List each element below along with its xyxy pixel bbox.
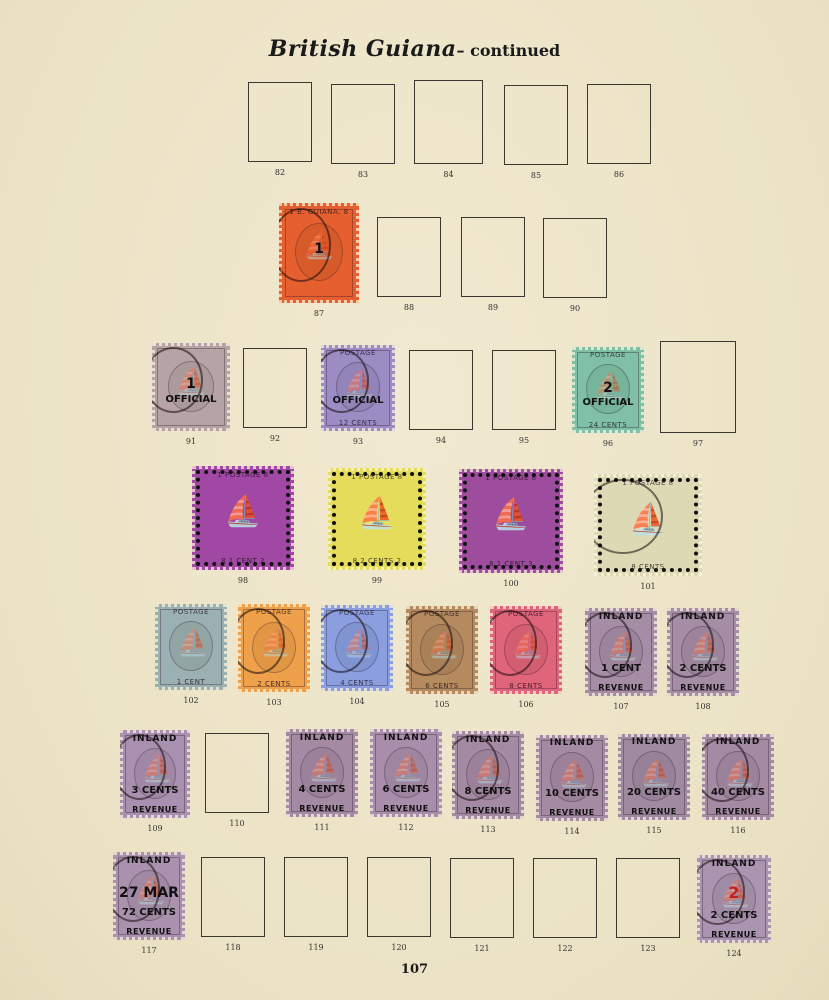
denomination: 8 2 CENTS 2 [328, 557, 426, 565]
country-title: British Guiana [269, 36, 457, 62]
stamp-slot-empty[interactable]: 92 [243, 348, 307, 446]
stamp-slot-empty[interactable]: 121 [450, 858, 514, 956]
catalog-number: 88 [377, 303, 441, 312]
value-overprint: 20 CENTS [618, 787, 690, 798]
stamp[interactable]: ⛵INLAND20 CENTSREVENUE [618, 734, 690, 820]
stamp[interactable]: ⛵INLAND22 CENTSREVENUE [697, 855, 771, 943]
stamp[interactable]: ⛵INLAND10 CENTSREVENUE [536, 735, 608, 821]
stamp-top-text: INLAND [370, 733, 442, 743]
empty-stamp-box [461, 217, 525, 297]
stamp-slot-empty[interactable]: 82 [248, 82, 312, 180]
empty-stamp-box [587, 84, 651, 164]
stamp-slot-empty[interactable]: 120 [367, 857, 431, 955]
revenue-overprint: REVENUE [618, 807, 690, 816]
revenue-overprint: REVENUE [667, 683, 739, 692]
stamp-slot-empty[interactable]: 86 [587, 84, 651, 182]
stamp[interactable]: ⛵POSTAGE2 CENTS [238, 604, 310, 692]
catalog-number: 101 [594, 582, 702, 591]
stamp-slot-filled[interactable]: ⛵INLAND22 CENTSREVENUE124 [697, 855, 771, 961]
value-overprint: 10 CENTS [536, 788, 608, 799]
denomination: 4 CENTS [321, 679, 393, 687]
catalog-number: 97 [660, 439, 736, 448]
stamp-slot-filled[interactable]: ⛵INLAND10 CENTSREVENUE114 [536, 735, 608, 839]
stamp-slot-empty[interactable]: 84 [414, 80, 483, 182]
stamp-top-text: POSTAGE [155, 608, 227, 616]
stamp[interactable]: ⛵INLAND1 CENTREVENUE [585, 608, 657, 696]
stamp-slot-empty[interactable]: 118 [201, 857, 265, 955]
empty-stamp-box [284, 857, 348, 937]
catalog-number: 108 [667, 702, 739, 711]
catalog-number: 120 [367, 943, 431, 952]
revenue-overprint: REVENUE [370, 804, 442, 813]
catalog-number: 114 [536, 827, 608, 836]
revenue-overprint: REVENUE [120, 805, 190, 814]
stamp-slot-filled[interactable]: ⛵INLAND1 CENTREVENUE107 [585, 608, 657, 714]
ship-icon: ⛵ [490, 500, 532, 540]
revenue-overprint: REVENUE [536, 808, 608, 817]
stamp[interactable]: ⛵INLAND27 MAR72 CENTSREVENUE [113, 852, 185, 940]
stamp[interactable]: ⛵POSTAGE2OFFICIAL24 CENTS [572, 347, 644, 433]
stamp[interactable]: ⛵1 POSTAGE 88 CENTS [594, 474, 702, 576]
catalog-number: 93 [321, 437, 395, 446]
ship-icon: ⛵ [357, 499, 396, 538]
catalog-number: 87 [279, 309, 359, 318]
stamp[interactable]: ⛵INLAND2 CENTSREVENUE [667, 608, 739, 696]
stamp[interactable]: ⛵1 B. GUIANA. 81 [279, 203, 359, 303]
empty-stamp-box [533, 858, 597, 938]
stamp-slot-empty[interactable]: 119 [284, 857, 348, 955]
catalog-number: 84 [414, 170, 483, 179]
catalog-number: 95 [492, 436, 556, 445]
empty-stamp-box [201, 857, 265, 937]
catalog-number: 107 [585, 702, 657, 711]
page-title: British Guiana– continued [0, 36, 829, 62]
empty-stamp-box [660, 341, 736, 433]
stamp-slot-filled[interactable]: ⛵1 POSTAGE 88 1 CENT 298 [192, 466, 294, 588]
catalog-number: 121 [450, 944, 514, 953]
stamp[interactable]: ⛵INLAND6 CENTSREVENUE [370, 729, 442, 817]
revenue-overprint: REVENUE [702, 807, 774, 816]
stamp[interactable]: ⛵POSTAGE4 CENTS [321, 605, 393, 691]
stamp-slot-filled[interactable]: ⛵INLAND4 CENTSREVENUE111 [286, 729, 358, 835]
stamp-slot-empty[interactable]: 88 [377, 217, 441, 315]
catalog-number: 102 [155, 696, 227, 705]
stamp-slot-filled[interactable]: ⛵POSTAGE8 CENTS106 [490, 606, 562, 712]
denomination: 2 CENTS [238, 680, 310, 688]
catalog-number: 91 [152, 437, 230, 446]
ship-icon: ⛵ [223, 497, 264, 537]
empty-stamp-box [367, 857, 431, 937]
catalog-number: 98 [192, 576, 294, 585]
denomination: 8 CENTS [490, 682, 562, 690]
empty-stamp-box [504, 85, 568, 165]
stamp-slot-empty[interactable]: 94 [409, 350, 473, 448]
stamp[interactable]: ⛵INLAND40 CENTSREVENUE [702, 734, 774, 820]
empty-stamp-box [409, 350, 473, 430]
stamp-slot-empty[interactable]: 83 [331, 84, 395, 182]
catalog-number: 82 [248, 168, 312, 177]
stamp-slot-filled[interactable]: ⛵POSTAGE1 CENT102 [155, 604, 227, 708]
stamp-slot-filled[interactable]: ⛵INLAND8 CENTSREVENUE113 [452, 731, 524, 837]
official-overprint: OFFICIAL [572, 397, 644, 408]
value-overprint: 6 CENTS [370, 784, 442, 795]
stamp[interactable]: ⛵POSTAGEOFFICIAL12 CENTS [321, 345, 395, 431]
catalog-number: 111 [286, 823, 358, 832]
catalog-number: 89 [461, 303, 525, 312]
stamp[interactable]: ⛵INLAND4 CENTSREVENUE [286, 729, 358, 817]
catalog-number: 119 [284, 943, 348, 952]
stamp-slot-filled[interactable]: ⛵1 POSTAGE 88 CENTS101 [594, 474, 702, 594]
ship-icon: ⛵ [177, 630, 206, 663]
stamp-slot-filled[interactable]: ⛵POSTAGE2OFFICIAL24 CENTS96 [572, 347, 644, 451]
stamp[interactable]: ⛵1 POSTAGE 88 1 CENT 3 [459, 469, 563, 573]
denomination: 8 1 CENT 2 [192, 557, 294, 565]
empty-stamp-box [377, 217, 441, 297]
denomination: 6 CENTS [406, 682, 478, 690]
stamp-slot-filled[interactable]: ⛵POSTAGEOFFICIAL12 CENTS93 [321, 345, 395, 449]
catalog-number: 118 [201, 943, 265, 952]
empty-stamp-box [543, 218, 607, 298]
stamp-slot-filled[interactable]: ⛵1 B. GUIANA. 8187 [279, 203, 359, 321]
empty-stamp-box [616, 858, 680, 938]
catalog-number: 122 [533, 944, 597, 953]
stamp-slot-filled[interactable]: ⛵INLAND6 CENTSREVENUE112 [370, 729, 442, 835]
denomination: 12 CENTS [321, 419, 395, 427]
catalog-number: 106 [490, 700, 562, 709]
revenue-overprint: REVENUE [113, 927, 185, 936]
stamp[interactable]: ⛵INLAND8 CENTSREVENUE [452, 731, 524, 819]
catalog-number: 86 [587, 170, 651, 179]
revenue-overprint: REVENUE [697, 930, 771, 939]
catalog-number: 105 [406, 700, 478, 709]
stamp-top-text: INLAND [536, 738, 608, 748]
catalog-number: 124 [697, 949, 771, 958]
stamp-top-text: INLAND [286, 733, 358, 743]
stamp[interactable]: ⛵POSTAGE8 CENTS [490, 606, 562, 694]
catalog-number: 99 [328, 576, 426, 585]
stamp-slot-empty[interactable]: 95 [492, 350, 556, 448]
stamp-slot-filled[interactable]: ⛵1 POSTAGE 88 1 CENT 3100 [459, 469, 563, 591]
stamp-slot-empty[interactable]: 123 [616, 858, 680, 956]
empty-stamp-box [248, 82, 312, 162]
catalog-number: 115 [618, 826, 690, 835]
stamp-top-text: 1 POSTAGE 8 [459, 474, 563, 482]
catalog-number: 113 [452, 825, 524, 834]
empty-stamp-box [331, 84, 395, 164]
stamp-slot-filled[interactable]: ⛵INLAND20 CENTSREVENUE115 [618, 734, 690, 838]
catalog-number: 123 [616, 944, 680, 953]
stamp-slot-filled[interactable]: ⛵1 POSTAGE 88 2 CENTS 299 [328, 468, 426, 588]
catalog-number: 83 [331, 170, 395, 179]
catalog-number: 103 [238, 698, 310, 707]
stamp[interactable]: ⛵POSTAGE6 CENTS [406, 606, 478, 694]
catalog-number: 100 [459, 579, 563, 588]
stamp-slot-filled[interactable]: ⛵POSTAGE2 CENTS103 [238, 604, 310, 710]
stamp[interactable]: ⛵INLAND3 CENTSREVENUE [120, 730, 190, 818]
catalog-number: 112 [370, 823, 442, 832]
stamp[interactable]: ⛵POSTAGE1 CENT [155, 604, 227, 690]
stamp-slot-filled[interactable]: ⛵INLAND40 CENTSREVENUE116 [702, 734, 774, 838]
empty-stamp-box [414, 80, 483, 164]
value-overprint: 4 CENTS [286, 784, 358, 795]
stamp-slot-filled[interactable]: ⛵1OFFICIAL91 [152, 343, 230, 449]
stamp-slot-empty[interactable]: 110 [205, 733, 269, 831]
denomination: 24 CENTS [572, 421, 644, 429]
stamp-top-text: 1 POSTAGE 8 [192, 471, 294, 479]
stamp-slot-filled[interactable]: ⛵INLAND27 MAR72 CENTSREVENUE117 [113, 852, 185, 958]
stamp-slot-empty[interactable]: 85 [504, 85, 568, 183]
empty-stamp-box [205, 733, 269, 813]
empty-stamp-box [243, 348, 307, 428]
catalog-number: 110 [205, 819, 269, 828]
catalog-number: 85 [504, 171, 568, 180]
catalog-number: 117 [113, 946, 185, 955]
catalog-number: 116 [702, 826, 774, 835]
stamp-top-text: INLAND [618, 737, 690, 747]
revenue-overprint: REVENUE [452, 806, 524, 815]
stamp-slot-filled[interactable]: ⛵INLAND3 CENTSREVENUE109 [120, 730, 190, 836]
stamp-slot-empty[interactable]: 90 [543, 218, 607, 316]
surcharge-value: 2 [572, 380, 644, 396]
stamp-slot-empty[interactable]: 97 [660, 341, 736, 451]
stamp-slot-empty[interactable]: 89 [461, 217, 525, 315]
catalog-number: 92 [243, 434, 307, 443]
catalog-number: 109 [120, 824, 190, 833]
empty-stamp-box [492, 350, 556, 430]
empty-stamp-box [450, 858, 514, 938]
stamp[interactable]: ⛵1 POSTAGE 88 1 CENT 2 [192, 466, 294, 570]
stamp-top-text: 1 POSTAGE 8 [328, 473, 426, 481]
catalog-number: 104 [321, 697, 393, 706]
catalog-number: 90 [543, 304, 607, 313]
revenue-overprint: REVENUE [585, 683, 657, 692]
stamp-slot-empty[interactable]: 122 [533, 858, 597, 956]
continued-label: – continued [457, 41, 561, 60]
stamp-slot-filled[interactable]: ⛵POSTAGE4 CENTS104 [321, 605, 393, 709]
stamp[interactable]: ⛵1 POSTAGE 88 2 CENTS 2 [328, 468, 426, 570]
catalog-number: 94 [409, 436, 473, 445]
denomination: 8 1 CENT 3 [459, 560, 563, 568]
stamp-slot-filled[interactable]: ⛵POSTAGE6 CENTS105 [406, 606, 478, 712]
stamp-slot-filled[interactable]: ⛵INLAND2 CENTSREVENUE108 [667, 608, 739, 714]
stamp[interactable]: ⛵1OFFICIAL [152, 343, 230, 431]
denomination: 1 CENT [155, 678, 227, 686]
catalog-number: 96 [572, 439, 644, 448]
denomination: 8 CENTS [594, 563, 702, 571]
stamp-top-text: POSTAGE [572, 351, 644, 359]
page-number: 107 [0, 962, 829, 977]
revenue-overprint: REVENUE [286, 804, 358, 813]
